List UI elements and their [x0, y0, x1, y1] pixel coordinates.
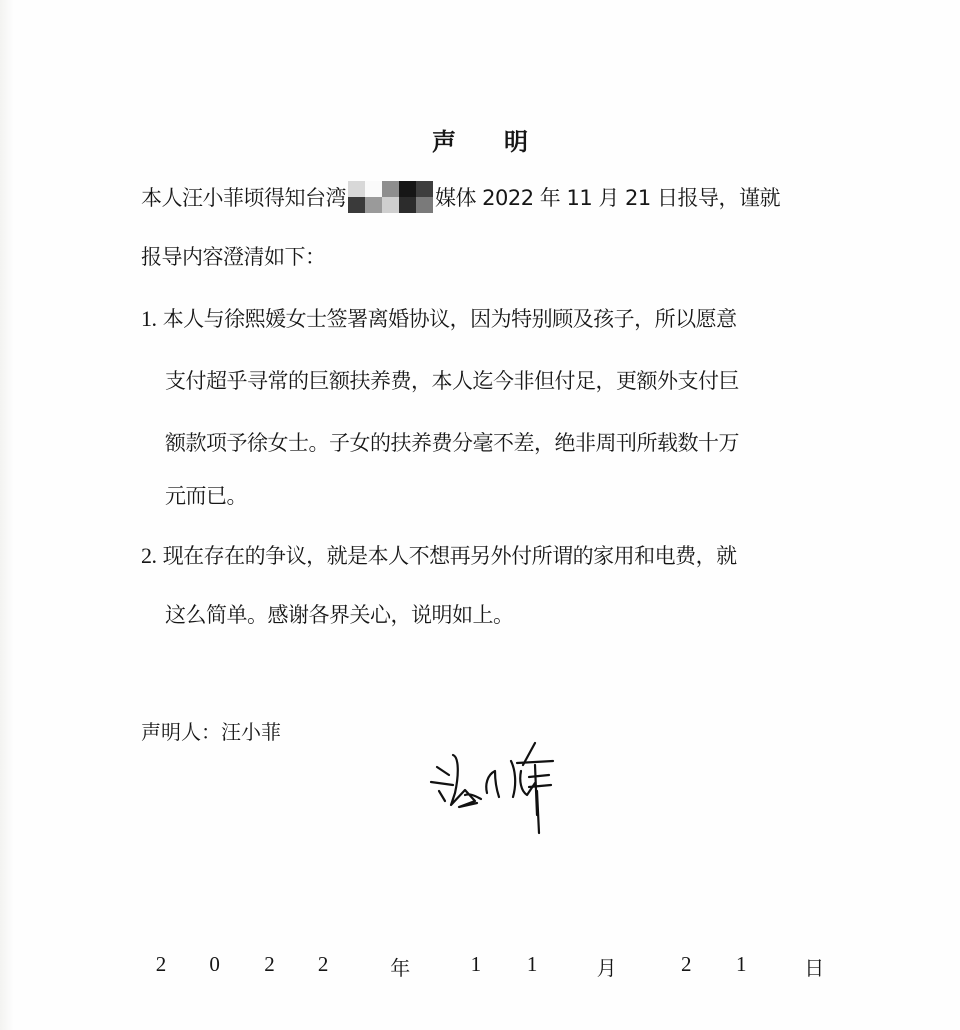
date-year-unit: 年: [390, 952, 410, 981]
mosaic-cell: [416, 181, 433, 197]
item-number: 2.: [141, 543, 157, 568]
item-1-line-2: 支付超乎寻常的巨额扶养费，本人迄今非但付足，更额外支付巨: [165, 366, 739, 396]
item-text: 现在存在的争议，就是本人不想再另外付所谓的家用和电费，就: [163, 544, 737, 568]
date-month-unit: 月: [597, 952, 617, 981]
redaction-mosaic: [348, 181, 433, 213]
document-title: 声明: [0, 122, 960, 157]
date-digit: 2: [264, 952, 275, 977]
date-digit: 1: [471, 952, 482, 977]
mosaic-cell: [382, 181, 399, 197]
item-1-line-4: 元而已。: [165, 481, 247, 511]
title-char: 明: [504, 122, 528, 157]
date-day-unit: 日: [804, 952, 824, 981]
intro-line-1: 本人汪小菲顷得知台湾媒体 2022 年 11 月 21 日报导，谨就: [141, 183, 780, 215]
date-digit: 1: [527, 952, 538, 977]
signer-line: 声明人：汪小菲: [141, 716, 281, 745]
mosaic-cell: [348, 197, 365, 213]
mosaic-cell: [399, 197, 416, 213]
signer-name: 汪小菲: [221, 720, 281, 744]
date-digit: 1: [736, 952, 747, 977]
intro-suffix: 媒体 2022 年 11 月 21 日报导，谨就: [435, 186, 780, 210]
item-number: 1.: [141, 306, 157, 331]
mosaic-cell: [416, 197, 433, 213]
date-line: 2 0 2 2 年 1 1 月 2 1 日: [145, 952, 825, 982]
item-text: 本人与徐熙媛女士签署离婚协议，因为特别顾及孩子，所以愿意: [163, 307, 737, 331]
date-digit: 2: [318, 952, 329, 977]
document-page: 声明 本人汪小菲顷得知台湾媒体 2022 年 11 月 21 日报导，谨就 报导…: [0, 0, 960, 1030]
mosaic-cell: [348, 181, 365, 197]
intro-line-2: 报导内容澄清如下：: [141, 242, 326, 272]
intro-prefix: 本人汪小菲顷得知台湾: [141, 186, 346, 210]
mosaic-cell: [399, 181, 416, 197]
title-char: 声: [432, 122, 456, 157]
mosaic-cell: [365, 197, 382, 213]
date-digit: 2: [156, 952, 167, 977]
signature-image: [425, 735, 555, 840]
date-digit: 2: [681, 952, 692, 977]
item-1-line-3: 额款项予徐女士。子女的扶养费分毫不差，绝非周刊所载数十万: [165, 428, 739, 458]
date-digit: 0: [209, 952, 220, 977]
item-2-line-2: 这么简单。感谢各界关心，说明如上。: [165, 600, 514, 630]
item-1-line-1: 1. 本人与徐熙媛女士签署离婚协议，因为特别顾及孩子，所以愿意: [141, 304, 737, 334]
item-2-line-1: 2. 现在存在的争议，就是本人不想再另外付所谓的家用和电费，就: [141, 541, 737, 571]
mosaic-cell: [365, 181, 382, 197]
signer-label: 声明人：: [141, 720, 221, 744]
mosaic-cell: [382, 197, 399, 213]
